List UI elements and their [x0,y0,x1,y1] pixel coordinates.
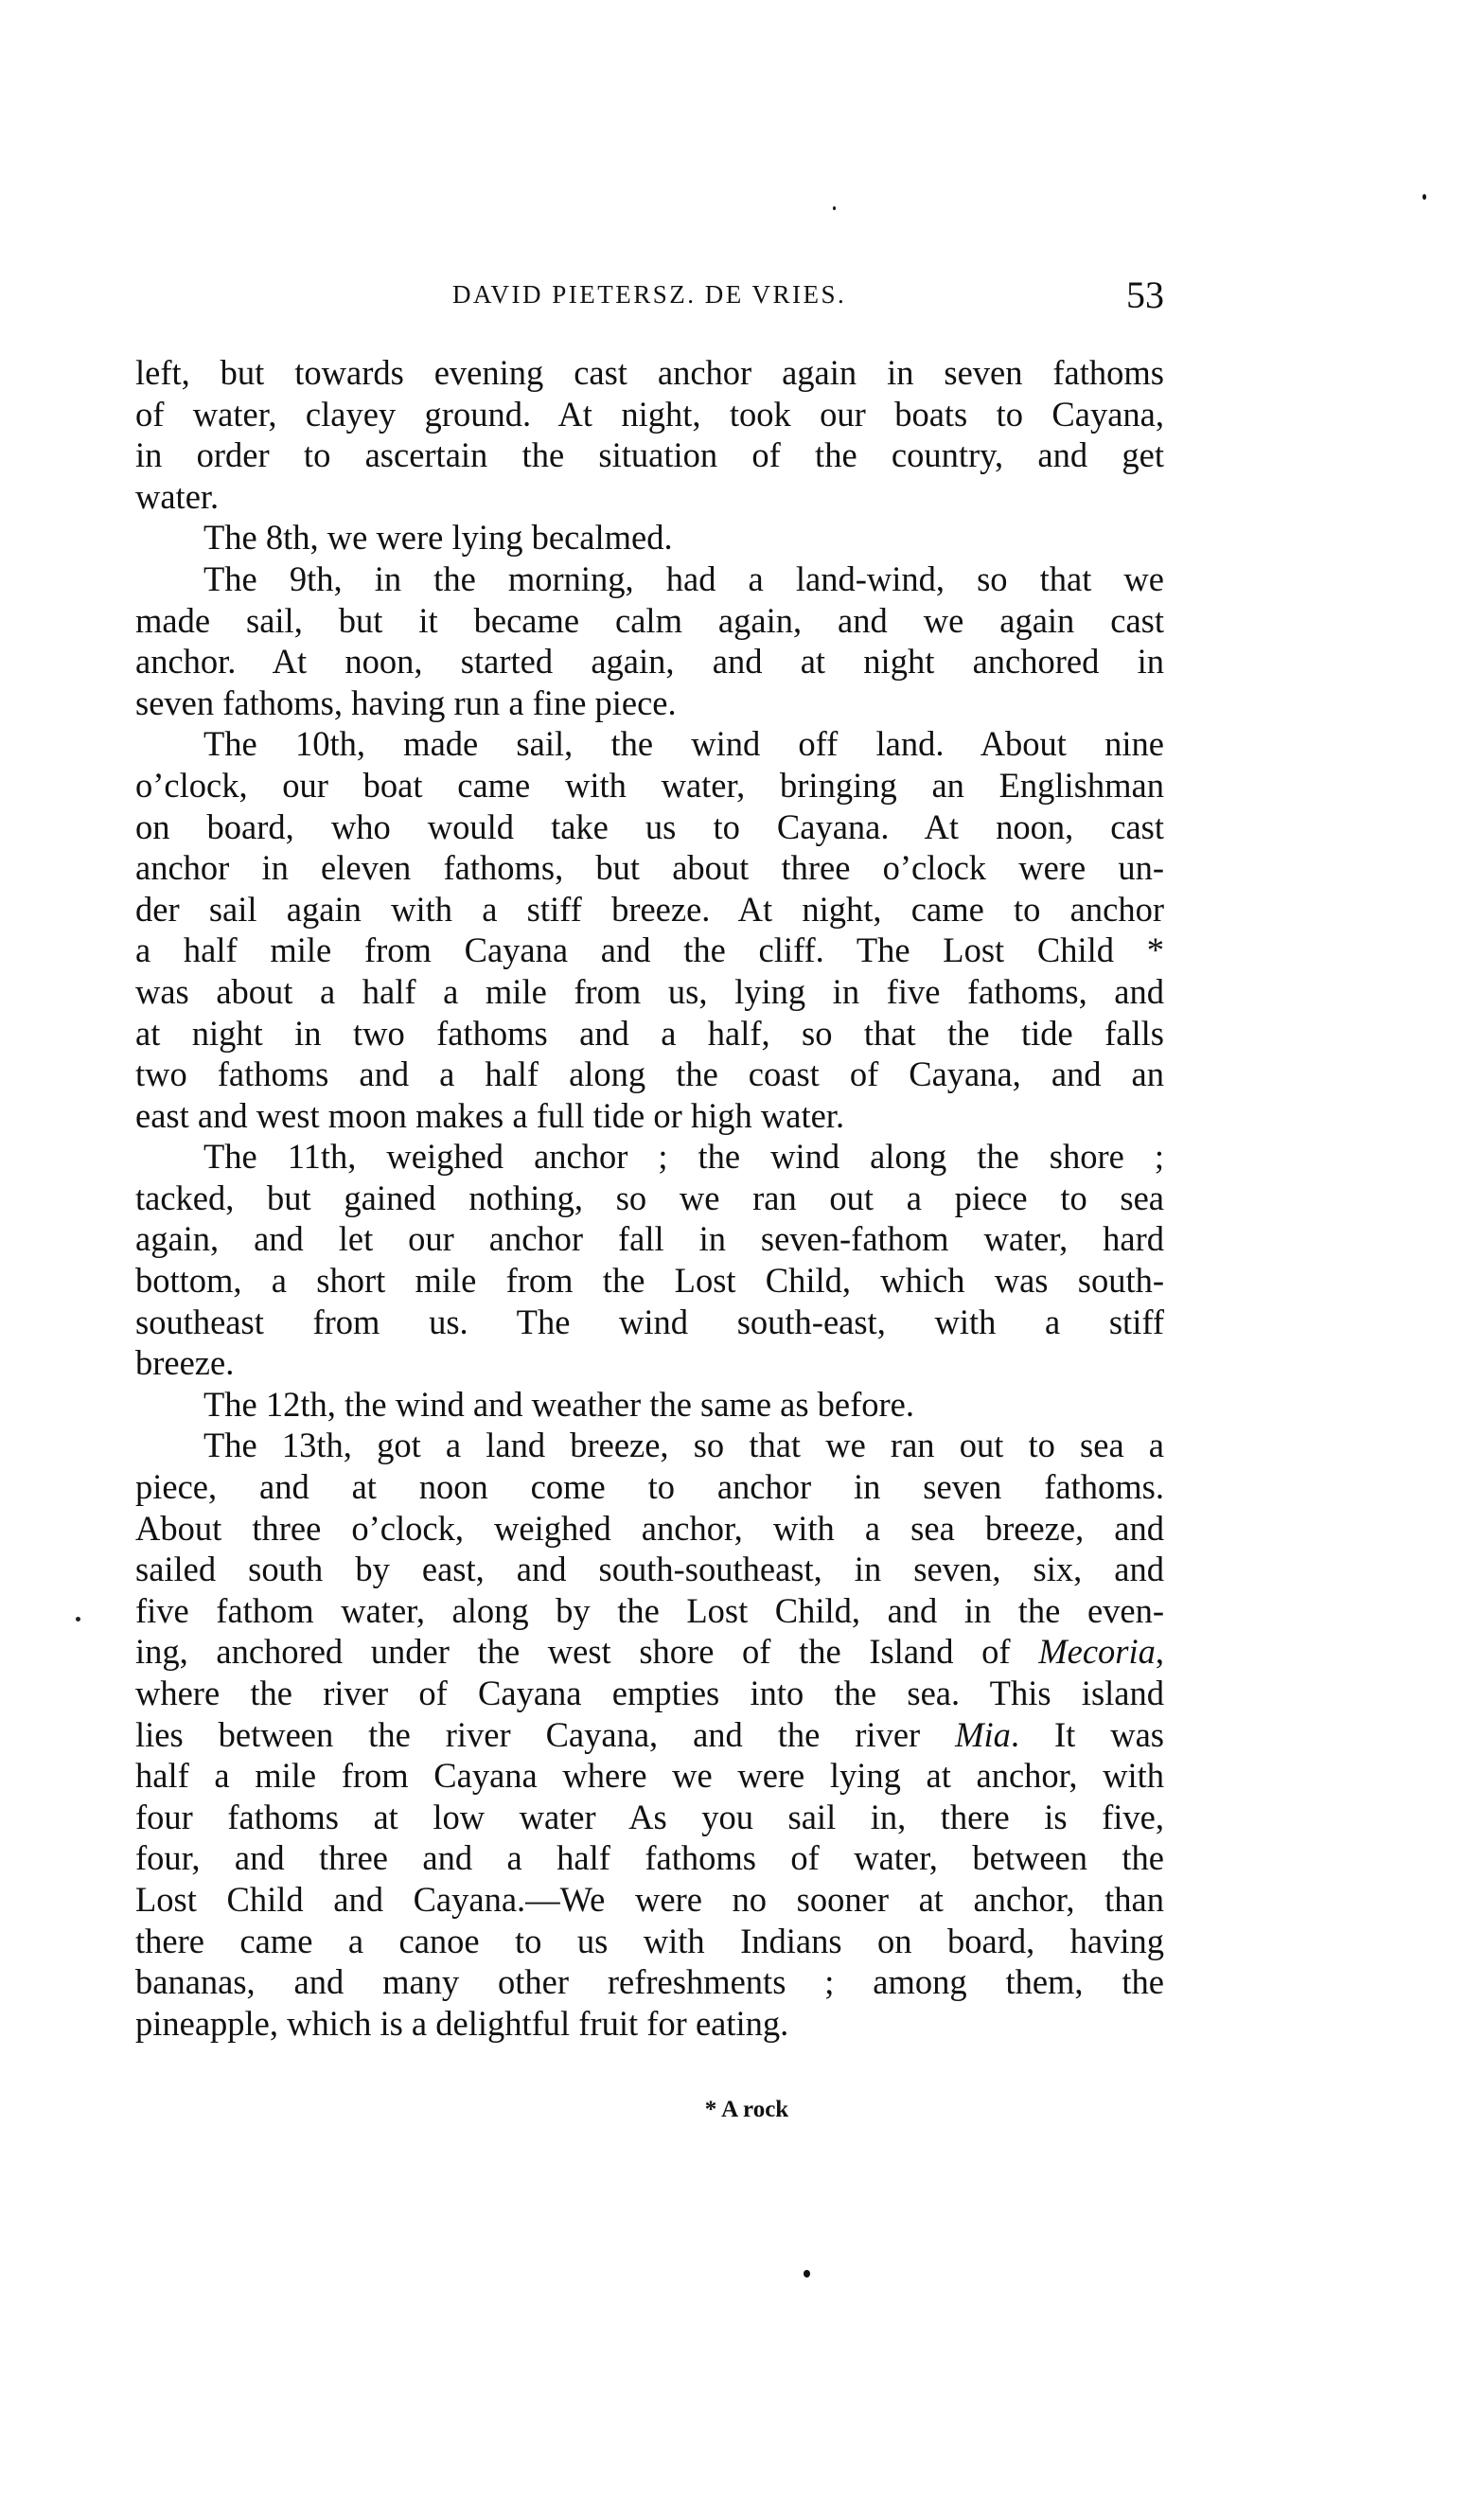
text-line: there came a canoe to us with Indians on… [135,1921,1164,1962]
text-line: water. [135,476,1164,518]
text-line: pineapple, which is a delightful fruit f… [135,2003,1164,2045]
scan-speck [804,2270,810,2277]
body-text: left, but towards evening cast anchor ag… [135,352,1164,2044]
text-line: About three o’clock, weighed anchor, wit… [135,1508,1164,1550]
text-line: half a mile from Cayana where we were ly… [135,1755,1164,1797]
text-line: The 9th, in the morning, had a land-wind… [135,558,1164,600]
text-line: o’clock, our boat came with water, bring… [135,765,1164,806]
text-line: five fathom water, along by the Lost Chi… [135,1590,1164,1632]
text-line: anchor in eleven fathoms, but about thre… [135,847,1164,889]
text-line: Lost Child and Cayana.—We were no sooner… [135,1879,1164,1921]
scan-speck [1422,194,1426,200]
text-line: sailed south by east, and south-southeas… [135,1549,1164,1590]
running-title: DAVID PIETERSZ. DE VRIES. [452,280,846,310]
text-line: at night in two fathoms and a half, so t… [135,1013,1164,1055]
text-line: The 10th, made sail, the wind off land. … [135,723,1164,765]
text-line: made sail, but it became calm again, and… [135,600,1164,642]
footnote: * A rock [0,2097,1484,2123]
text-line: a half mile from Cayana and the cliff. T… [135,930,1164,971]
text-line: southeast from us. The wind south-east, … [135,1302,1164,1343]
italic-place-name: Mia [955,1715,1011,1754]
text-line: four fathoms at low water As you sail in… [135,1797,1164,1838]
text-line: breeze. [135,1342,1164,1384]
text-line: in order to ascertain the situation of t… [135,434,1164,476]
text-line: seven fathoms, having run a fine piece. [135,682,1164,724]
text-line: east and west moon makes a full tide or … [135,1095,1164,1137]
text-line: where the river of Cayana empties into t… [135,1673,1164,1714]
margin-mark [76,1617,80,1622]
text-line: bottom, a short mile from the Lost Child… [135,1260,1164,1302]
italic-place-name: Mecoria [1038,1632,1156,1671]
text-line: four, and three and a half fathoms of wa… [135,1837,1164,1879]
text-line: again, and let our anchor fall in seven-… [135,1218,1164,1260]
scan-speck [833,206,836,210]
text-line: on board, who would take us to Cayana. A… [135,806,1164,848]
text-line: The 8th, we were lying becalmed. [135,517,1164,558]
text-line: of water, clayey ground. At night, took … [135,394,1164,435]
text-line: piece, and at noon come to anchor in sev… [135,1466,1164,1508]
text-line: The 11th, weighed anchor ; the wind alon… [135,1136,1164,1178]
text-line: tacked, but gained nothing, so we ran ou… [135,1178,1164,1219]
running-header: DAVID PIETERSZ. DE VRIES. 53 [135,273,1164,320]
text-line: The 12th, the wind and weather the same … [135,1384,1164,1426]
text-line: left, but towards evening cast anchor ag… [135,352,1164,394]
text-line: ing, anchored under the west shore of th… [135,1631,1164,1673]
text-line: anchor. At noon, started again, and at n… [135,641,1164,682]
text-line: lies between the river Cayana, and the r… [135,1714,1164,1756]
text-line: The 13th, got a land breeze, so that we … [135,1425,1164,1466]
page-number: 53 [1126,273,1164,317]
text-line: two fathoms and a half along the coast o… [135,1054,1164,1095]
text-line: der sail again with a stiff breeze. At n… [135,889,1164,930]
text-line: bananas, and many other refreshments ; a… [135,1961,1164,2003]
text-line: was about a half a mile from us, lying i… [135,971,1164,1013]
